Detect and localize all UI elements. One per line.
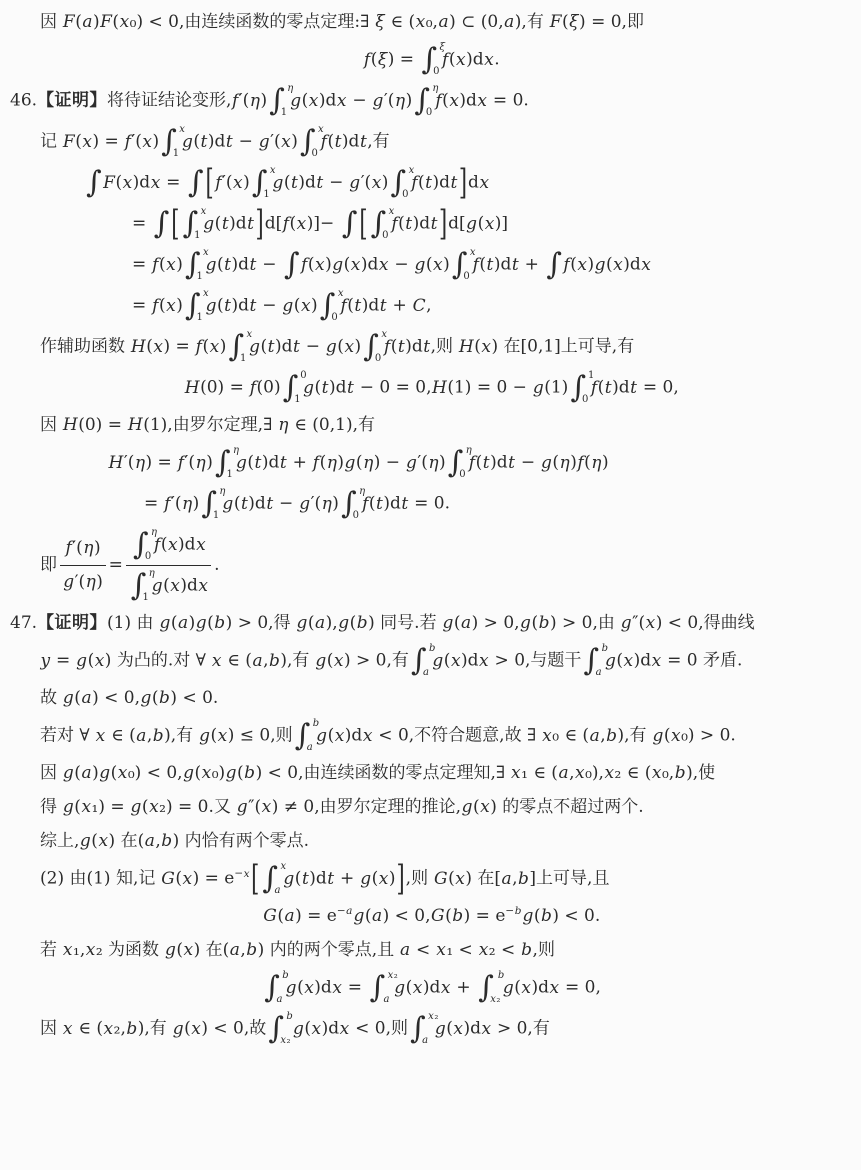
math-variable: b bbox=[429, 643, 436, 654]
math-variable: x bbox=[362, 726, 373, 746]
math-variable: x bbox=[167, 535, 178, 555]
math-variable: η bbox=[287, 83, 294, 94]
math-variable: η bbox=[83, 538, 94, 558]
math-variable: x bbox=[490, 994, 497, 1005]
math-variable: f bbox=[65, 538, 72, 558]
math-variable: g bbox=[76, 651, 88, 671]
math-variable: x bbox=[511, 763, 522, 783]
math-variable: g bbox=[532, 378, 544, 398]
upper-limit: x bbox=[381, 330, 388, 340]
document-page: 因 F(a)F(x₀) < 0,由连续函数的零点定理:∃ ξ ∈ (x₀,a) … bbox=[0, 0, 861, 1047]
lower-limit: 1 bbox=[194, 231, 201, 241]
math-variable: x bbox=[484, 214, 495, 234]
math-variable: x bbox=[103, 1019, 114, 1039]
math-variable: g bbox=[594, 255, 606, 275]
math-variable: x bbox=[85, 940, 96, 960]
math-variable: a bbox=[252, 651, 263, 671]
math-variable: x bbox=[117, 763, 128, 783]
math-variable: H bbox=[458, 337, 474, 357]
math-variable: t bbox=[425, 173, 433, 193]
lower-limit: 0 bbox=[382, 231, 389, 241]
math-variable: g bbox=[332, 255, 344, 275]
upper-limit: x₂ bbox=[387, 971, 398, 981]
math-variable: g bbox=[541, 453, 553, 473]
math-variable: H bbox=[127, 415, 143, 435]
math-variable: x bbox=[81, 797, 92, 817]
line-two-zeros-ordering: 若 x₁,x₂ 为函数 g(x) 在(a,b) 内的两个零点,且 a < x₁ … bbox=[10, 936, 853, 965]
big-bracket: [ bbox=[251, 855, 259, 903]
integral-sign: ∫ bbox=[546, 247, 562, 283]
math-variable: x bbox=[469, 247, 476, 258]
math-variable: g bbox=[159, 613, 171, 633]
math-variable: a bbox=[177, 613, 188, 633]
big-bracket: ] bbox=[256, 200, 264, 248]
upper-limit: η bbox=[465, 446, 472, 456]
math-variable: x bbox=[481, 1019, 492, 1039]
integral-limits: ξ0 bbox=[434, 43, 441, 77]
integral-sign: ∫01 bbox=[283, 370, 302, 406]
math-variable: H bbox=[108, 453, 124, 473]
math-variable: x bbox=[651, 763, 662, 783]
big-bracket: [ bbox=[205, 159, 213, 207]
integral-sign: ∫x0 bbox=[300, 124, 319, 160]
math-variable: η bbox=[559, 453, 570, 473]
integral-limits: η0 bbox=[427, 84, 434, 118]
integral-limits: x0 bbox=[376, 330, 383, 364]
line-summary: 综上,g(x) 在(a,b) 内恰有两个零点. bbox=[10, 827, 853, 856]
math-variable: x bbox=[378, 255, 389, 275]
math-variable: x bbox=[122, 173, 133, 193]
line-rolle-46: 因 H(0) = H(1),由罗尔定理,∃ η ∈ (0,1),有 bbox=[10, 411, 853, 440]
integral-sign: ∫x1 bbox=[161, 124, 180, 160]
upper-limit: x bbox=[200, 207, 207, 217]
math-variable: b bbox=[606, 726, 618, 746]
math-variable: x bbox=[183, 940, 194, 960]
integral-sign: ∫x₂a bbox=[410, 1011, 433, 1047]
upper-limit: ξ bbox=[439, 43, 446, 53]
math-variable: x bbox=[281, 132, 292, 152]
math-variable: F bbox=[103, 173, 116, 193]
integral-sign: ∫x0 bbox=[363, 329, 382, 365]
fraction: f′(η)g′(η) bbox=[60, 534, 106, 597]
upper-limit: x bbox=[179, 125, 186, 135]
math-variable: G bbox=[161, 869, 176, 889]
integral-limits: x1 bbox=[264, 166, 271, 200]
lower-limit: 1 bbox=[281, 108, 288, 118]
math-variable: t bbox=[249, 296, 257, 316]
math-variable: x bbox=[142, 132, 153, 152]
exponent: −a bbox=[337, 905, 353, 917]
math-variable: g bbox=[466, 214, 478, 234]
math-variable: η bbox=[321, 494, 332, 514]
math-variable: x bbox=[453, 1019, 464, 1039]
lower-limit: 1 bbox=[294, 395, 300, 405]
exponent: −x bbox=[234, 868, 250, 880]
upper-limit: x bbox=[469, 248, 476, 258]
math-variable: b bbox=[126, 1019, 138, 1039]
proof-label: 【证明】 bbox=[37, 613, 107, 633]
math-variable: x bbox=[153, 337, 164, 357]
big-bracket: ] bbox=[459, 159, 467, 207]
math-variable: b bbox=[246, 940, 258, 960]
math-variable: f bbox=[563, 255, 570, 275]
integral-glyph: ∫ bbox=[188, 166, 204, 200]
integral-sign: ∫η1 bbox=[215, 445, 235, 481]
integral-sign: ∫x1 bbox=[185, 247, 204, 283]
math-variable: g bbox=[344, 453, 356, 473]
upper-limit: b bbox=[312, 719, 319, 729]
math-variable: x bbox=[200, 206, 207, 217]
math-variable: t bbox=[354, 296, 362, 316]
lower-limit: 1 bbox=[240, 354, 247, 364]
integral-glyph: ∫ bbox=[154, 207, 170, 241]
integral-sign: ∫ξ0 bbox=[421, 42, 440, 78]
upper-limit: x₂ bbox=[428, 1012, 439, 1022]
math-variable: x bbox=[449, 91, 460, 111]
integral-limits: η1 bbox=[282, 84, 289, 118]
math-variable: t bbox=[486, 255, 494, 275]
lower-limit: x₂ bbox=[280, 1036, 291, 1046]
math-variable: a bbox=[423, 667, 430, 678]
math-variable: g bbox=[62, 797, 74, 817]
math-variable: g bbox=[522, 906, 534, 926]
integral-limits: η1 bbox=[143, 569, 150, 603]
math-variable: x bbox=[479, 651, 490, 671]
math-variable: b bbox=[214, 613, 226, 633]
integral-sign: ∫x₂a bbox=[369, 970, 392, 1006]
math-variable: F bbox=[100, 12, 113, 32]
math-variable: x bbox=[577, 255, 588, 275]
math-variable: F bbox=[62, 132, 75, 152]
math-variable: t bbox=[347, 378, 355, 398]
math-variable: x bbox=[198, 576, 209, 596]
math-variable: t bbox=[334, 132, 342, 152]
math-variable: x bbox=[333, 651, 344, 671]
math-variable: x bbox=[119, 12, 130, 32]
math-variable: η bbox=[278, 415, 289, 435]
math-variable: x bbox=[455, 50, 466, 70]
upper-limit: 0 bbox=[300, 371, 306, 381]
math-variable: x bbox=[98, 831, 109, 851]
math-variable: g bbox=[520, 613, 532, 633]
math-variable: x bbox=[651, 651, 662, 671]
lower-limit: 1 bbox=[226, 470, 233, 480]
math-variable: t bbox=[247, 214, 255, 234]
math-variable: x bbox=[371, 173, 382, 193]
math-variable: g bbox=[282, 296, 294, 316]
integral-limits: η0 bbox=[354, 487, 361, 521]
math-variable: x bbox=[82, 132, 93, 152]
math-variable: η bbox=[394, 91, 405, 111]
math-variable: x bbox=[478, 940, 489, 960]
math-variable: x bbox=[613, 255, 624, 275]
math-variable: a bbox=[274, 885, 281, 896]
math-variable: f bbox=[363, 50, 370, 70]
integral-limits: x1 bbox=[195, 207, 202, 241]
math-variable: t bbox=[430, 214, 438, 234]
math-variable: x bbox=[479, 173, 490, 193]
lower-limit: 0 bbox=[433, 67, 440, 77]
upper-limit: 1 bbox=[588, 371, 594, 381]
math-variable: g bbox=[461, 797, 473, 817]
lower-limit: a bbox=[274, 886, 281, 896]
upper-limit: b bbox=[286, 1012, 297, 1022]
line-exists-x0: 若对 ∀ x ∈ (a,b),有 g(x) ≤ 0,则∫bag(x)dx < 0… bbox=[10, 718, 853, 754]
math-variable: g bbox=[338, 613, 350, 633]
integral-limits: η0 bbox=[146, 528, 153, 562]
math-variable: η bbox=[85, 572, 96, 592]
math-variable: x bbox=[337, 288, 344, 299]
line-item-47: 47.【证明】(1) 由 g(a)g(b) > 0,得 g(a),g(b) 同号… bbox=[10, 609, 853, 638]
lower-limit: 0 bbox=[375, 354, 382, 364]
lower-limit: a bbox=[422, 1036, 433, 1046]
math-variable: x bbox=[334, 726, 345, 746]
lower-limit: a bbox=[423, 668, 430, 678]
math-variable: t bbox=[423, 337, 431, 357]
math-variable: x bbox=[381, 329, 388, 340]
integral-sign: ∫x0 bbox=[371, 206, 390, 242]
upper-limit: x bbox=[280, 862, 287, 872]
math-variable: g bbox=[62, 688, 74, 708]
integral-sign: ∫η0 bbox=[448, 445, 468, 481]
math-variable: x bbox=[428, 1011, 435, 1022]
integral-limits: x1 bbox=[197, 289, 204, 323]
math-variable: b bbox=[312, 718, 319, 729]
math-variable: x bbox=[209, 337, 220, 357]
math-variable: a bbox=[315, 613, 326, 633]
fraction-numerator: f′(η) bbox=[60, 534, 106, 566]
integral-limits: bx₂ bbox=[491, 971, 502, 1005]
integral-glyph: ∫ bbox=[342, 207, 358, 241]
lower-limit: 0 bbox=[459, 470, 466, 480]
upper-limit: b bbox=[282, 971, 289, 981]
math-variable: g bbox=[164, 940, 176, 960]
math-variable: x bbox=[246, 329, 253, 340]
integral-sign: ∫ bbox=[342, 206, 358, 242]
math-variable: x bbox=[412, 978, 423, 998]
integral-limits: η0 bbox=[460, 446, 467, 480]
lower-limit: 0 bbox=[331, 313, 338, 323]
integral-limits: x1 bbox=[241, 330, 248, 364]
line-final-inequality: 因 x ∈ (x₂,b),有 g(x) < 0,故∫bx₂g(x)dx < 0,… bbox=[10, 1011, 853, 1047]
math-variable: b bbox=[674, 763, 686, 783]
line-both-negative: 故 g(a) < 0,g(b) < 0. bbox=[10, 684, 853, 713]
math-variable: t bbox=[254, 453, 262, 473]
upper-limit: b bbox=[601, 644, 608, 654]
math-variable: y bbox=[40, 651, 51, 671]
math-variable: t bbox=[293, 337, 301, 357]
math-variable: η bbox=[432, 83, 439, 94]
math-variable: g bbox=[299, 494, 311, 514]
math-variable: f bbox=[282, 214, 289, 234]
fraction-denominator: g′(η) bbox=[63, 566, 103, 597]
integral-limits: 01 bbox=[295, 371, 301, 405]
math-variable: a bbox=[81, 688, 92, 708]
math-variable: g bbox=[195, 613, 207, 633]
math-variable: x bbox=[574, 763, 585, 783]
lower-limit: 1 bbox=[196, 313, 203, 323]
math-variable: b bbox=[540, 906, 552, 926]
upper-limit: η bbox=[151, 528, 158, 538]
math-variable: G bbox=[431, 906, 446, 926]
big-bracket: [ bbox=[171, 200, 179, 248]
math-variable: t bbox=[266, 494, 274, 514]
integral-sign: ∫ bbox=[86, 165, 102, 201]
lower-limit: 0 bbox=[463, 272, 470, 282]
math-variable: x bbox=[477, 91, 488, 111]
integral-sign: ∫xa bbox=[262, 861, 282, 897]
math-variable: x bbox=[415, 12, 426, 32]
math-variable: t bbox=[221, 214, 229, 234]
math-variable: g bbox=[360, 869, 372, 889]
line-define-H: 作辅助函数 H(x) = f(x)∫x1g(t)dt − g(x)∫x0f(t)… bbox=[10, 329, 853, 365]
big-bracket: ] bbox=[396, 855, 404, 903]
line-H-prime-zero: = f′(η)∫η1g(t)dt − g′(η)∫η0f(t)dt = 0. bbox=[10, 486, 853, 522]
math-variable: x bbox=[604, 763, 615, 783]
integral-sign: ∫η1 bbox=[201, 486, 221, 522]
math-variable: η bbox=[232, 445, 239, 456]
big-bracket: [ bbox=[359, 200, 367, 248]
integral-sign: ∫ bbox=[154, 206, 170, 242]
math-variable: t bbox=[630, 378, 638, 398]
math-variable: x bbox=[300, 296, 311, 316]
integral-sign: ∫x1 bbox=[183, 206, 202, 242]
math-variable: t bbox=[240, 494, 248, 514]
integral-sign: ∫ba bbox=[295, 718, 315, 754]
integral-limits: ba bbox=[277, 971, 284, 1005]
math-variable: x bbox=[217, 726, 228, 746]
math-variable: x bbox=[318, 124, 325, 135]
math-variable: g bbox=[414, 255, 426, 275]
line-item-46: 46.【证明】将待证结论变形,f′(η)∫η1g(x)dx − g′(η)∫η0… bbox=[10, 83, 853, 119]
math-variable: x bbox=[387, 970, 394, 981]
upper-limit: b bbox=[429, 644, 436, 654]
upper-limit: η bbox=[232, 446, 239, 456]
math-variable: a bbox=[81, 763, 92, 783]
integral-sign: ∫x1 bbox=[228, 329, 247, 365]
math-variable: x bbox=[645, 613, 656, 633]
math-variable: g bbox=[130, 797, 142, 817]
math-variable: a bbox=[461, 613, 472, 633]
line-zero-theorem-47: 因 g(a)g(x₀) < 0,g(x₀)g(b) < 0,由连续函数的零点定理… bbox=[10, 759, 853, 788]
integral-sign: ∫x1 bbox=[252, 165, 271, 201]
math-variable: H bbox=[432, 378, 448, 398]
math-variable: b bbox=[282, 970, 289, 981]
line-part2-define-G: (2) 由(1) 知,记 G(x) = e−x[∫xag(t)dt + g(x)… bbox=[10, 861, 853, 897]
lower-limit: 1 bbox=[173, 149, 180, 159]
lower-limit: 1 bbox=[196, 272, 203, 282]
math-variable: f bbox=[215, 173, 222, 193]
math-variable: t bbox=[376, 494, 384, 514]
math-variable: t bbox=[249, 255, 257, 275]
integral-limits: x1 bbox=[174, 125, 181, 159]
math-variable: x bbox=[243, 868, 250, 880]
upper-limit: x bbox=[202, 289, 209, 299]
upper-limit: x bbox=[408, 166, 415, 176]
math-variable: g bbox=[199, 726, 211, 746]
integral-limits: xa bbox=[275, 862, 282, 896]
math-variable: t bbox=[291, 173, 299, 193]
math-variable: x bbox=[481, 337, 492, 357]
math-variable: t bbox=[279, 453, 287, 473]
integral-sign: ∫bx₂ bbox=[478, 970, 501, 1006]
lower-limit: 1 bbox=[142, 593, 149, 603]
integral-limits: ba bbox=[307, 719, 314, 753]
math-variable: b bbox=[161, 831, 173, 851]
math-variable: x bbox=[484, 50, 495, 70]
integral-limits: x0 bbox=[383, 207, 390, 241]
integral-limits: x1 bbox=[197, 248, 204, 282]
math-variable: x bbox=[440, 978, 451, 998]
math-variable: H bbox=[130, 337, 146, 357]
math-variable: x bbox=[670, 726, 681, 746]
math-variable: C bbox=[412, 296, 426, 316]
math-variable: g bbox=[315, 651, 327, 671]
math-variable: x bbox=[388, 206, 395, 217]
math-variable: ξ bbox=[375, 12, 385, 32]
math-variable: t bbox=[604, 378, 612, 398]
integral-limits: x0 bbox=[464, 248, 471, 282]
integral-limits: 10 bbox=[583, 371, 589, 405]
math-variable: a bbox=[306, 742, 313, 753]
integral-glyph: ∫ bbox=[86, 166, 102, 200]
math-variable: x bbox=[62, 940, 73, 960]
lower-limit: 0 bbox=[402, 190, 409, 200]
math-variable: η bbox=[249, 91, 260, 111]
math-variable: x bbox=[296, 214, 307, 234]
line-45-zero-theorem: 因 F(a)F(x₀) < 0,由连续函数的零点定理:∃ ξ ∈ (x₀,a) … bbox=[10, 8, 853, 37]
integral-sign: ∫η0 bbox=[341, 486, 361, 522]
math-variable: g bbox=[140, 688, 152, 708]
math-variable: f bbox=[164, 494, 171, 514]
upper-limit: η bbox=[359, 487, 366, 497]
math-variable: a bbox=[276, 994, 283, 1005]
math-variable: x bbox=[344, 337, 355, 357]
math-variable: a bbox=[595, 667, 602, 678]
math-variable: x bbox=[191, 1019, 202, 1039]
line-display-f-xi: f(ξ) = ∫ξ0f(x)dx. bbox=[10, 42, 853, 78]
math-variable: t bbox=[225, 132, 233, 152]
math-variable: x bbox=[521, 978, 532, 998]
lower-limit: 1 bbox=[213, 511, 220, 521]
integral-limits: x₂a bbox=[382, 971, 393, 1005]
math-variable: x bbox=[641, 255, 652, 275]
integral-sign: ∫ bbox=[188, 165, 204, 201]
math-variable: g bbox=[183, 763, 195, 783]
math-variable: x bbox=[450, 651, 461, 671]
math-variable: g bbox=[62, 763, 74, 783]
math-variable: η bbox=[326, 453, 337, 473]
math-variable: a bbox=[144, 831, 155, 851]
math-variable: η bbox=[219, 486, 226, 497]
math-variable: g bbox=[99, 763, 111, 783]
integral-limits: x₂a bbox=[423, 1012, 434, 1046]
math-variable: x bbox=[196, 535, 207, 555]
fraction-denominator: ∫η1g(x)dx bbox=[129, 566, 209, 604]
math-variable: a bbox=[82, 12, 93, 32]
math-variable: b bbox=[514, 905, 522, 917]
math-variable: x bbox=[304, 978, 315, 998]
math-variable: a bbox=[501, 869, 512, 889]
fraction-numerator: ∫η0f(x)dx bbox=[126, 527, 211, 566]
math-variable: η bbox=[359, 486, 366, 497]
math-variable: g bbox=[79, 831, 91, 851]
math-variable: x bbox=[149, 797, 160, 817]
upper-limit: b bbox=[496, 971, 507, 981]
upper-limit: x bbox=[318, 125, 325, 135]
math-variable: η bbox=[134, 453, 145, 473]
upper-limit: x bbox=[337, 289, 344, 299]
